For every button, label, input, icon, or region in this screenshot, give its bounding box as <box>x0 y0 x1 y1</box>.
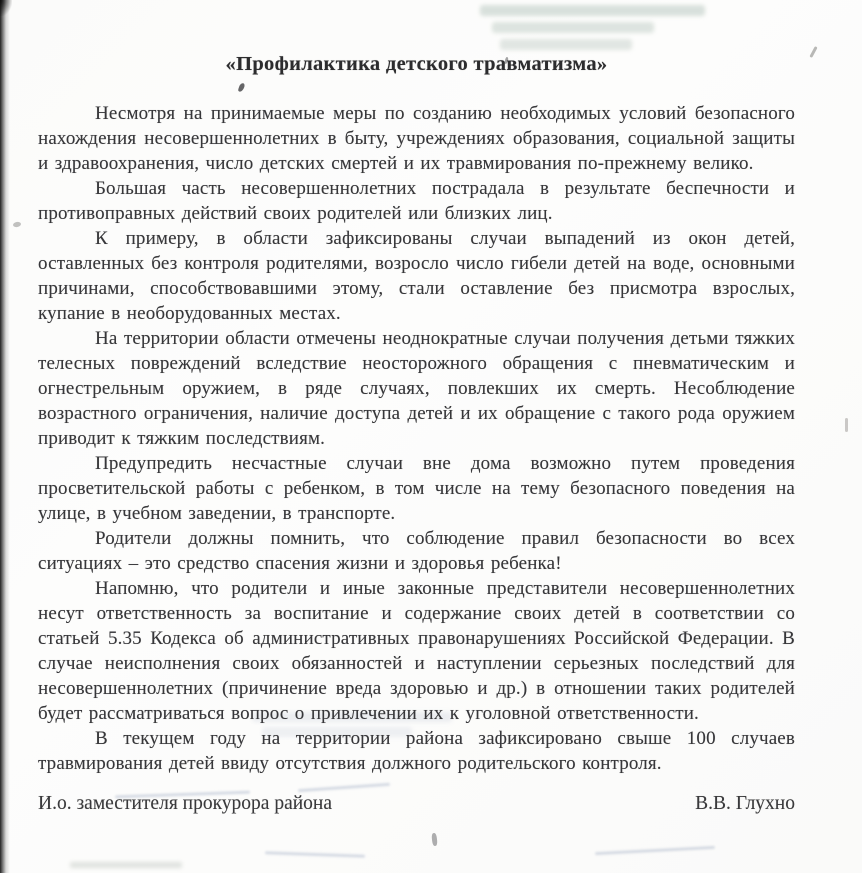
bleedthrough-handwriting-artifact <box>595 846 715 855</box>
signer-name: В.В. Глухно <box>695 793 795 815</box>
body-paragraph: Несмотря на принимаемые меры по созданию… <box>38 101 795 176</box>
bleedthrough-handwriting-artifact <box>70 862 182 868</box>
ink-speck <box>845 418 848 432</box>
document-title: «Профилактика детского травматизма» <box>38 0 795 101</box>
document-content: «Профилактика детского травматизма» Несм… <box>38 0 795 815</box>
ink-speck <box>809 46 817 58</box>
body-paragraph: К примеру, в области зафиксированы случа… <box>38 226 795 326</box>
body-paragraph: Родители должны помнить, что соблюдение … <box>38 526 795 576</box>
bleedthrough-handwriting-artifact <box>265 851 365 857</box>
ink-speck <box>431 833 437 846</box>
body-paragraph: Большая часть несовершеннолетних пострад… <box>38 176 795 226</box>
signature-block: И.о. заместителя прокурора района В.В. Г… <box>38 793 795 815</box>
body-paragraph: Напомню, что родители и иные законные пр… <box>38 576 795 726</box>
scan-edge-shadow <box>0 0 10 873</box>
document-body: Несмотря на принимаемые меры по созданию… <box>38 101 795 776</box>
ink-speck <box>13 221 22 227</box>
body-paragraph: Предупредить несчастные случаи вне дома … <box>38 451 795 526</box>
body-paragraph: На территории области отмечены неоднокра… <box>38 326 795 451</box>
signer-role: И.о. заместителя прокурора района <box>38 793 332 815</box>
scanned-document-page: «Профилактика детского травматизма» Несм… <box>0 0 862 873</box>
scan-corner-mark <box>0 0 12 16</box>
body-paragraph: В текущем году на территории района зафи… <box>38 726 795 776</box>
